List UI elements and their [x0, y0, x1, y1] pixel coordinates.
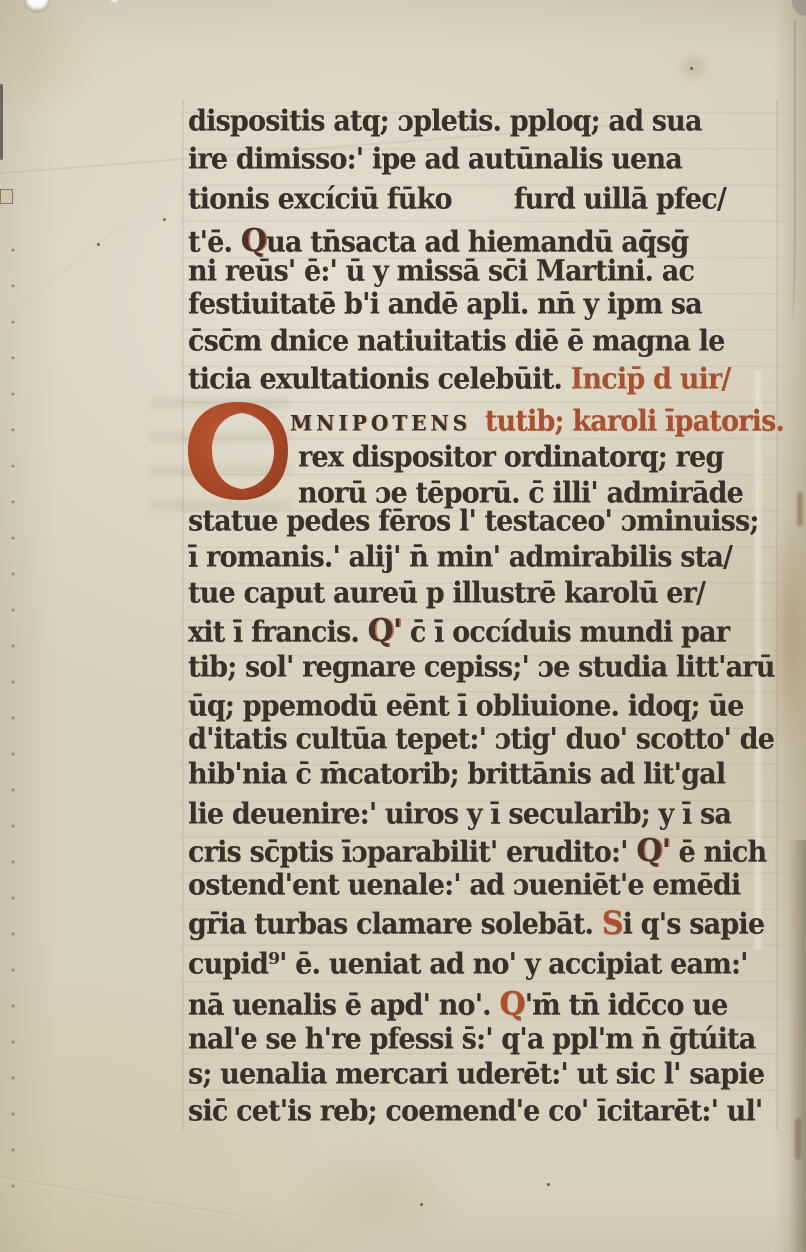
text-segment-ink: ticia exultationis celebūit.: [188, 363, 571, 396]
text-segment-ink: statue pedes fēros l' testaceo' ɔminuiss…: [188, 505, 759, 538]
text-segment-versal-red: Q: [499, 986, 524, 1023]
text-block: dispositis atq; ɔpletis. pploq; ad suair…: [0, 0, 806, 1252]
text-line: ni reūs' ē:' ū y missā sc̄i Martini. ac: [188, 255, 694, 291]
text-segment-ink: furd uillā pfec/: [514, 183, 726, 216]
text-segment-display: mnipotens: [290, 403, 485, 438]
text-segment-ink: i q's sapie: [623, 908, 765, 941]
text-line: nā uenalis ē apd' no'. Q'm̄ tn̄ idc̄co u…: [188, 986, 728, 1022]
text-segment-ink: 'm̄ tn̄ idc̄co ue: [525, 989, 728, 1022]
text-segment-versal: Q': [368, 613, 402, 650]
text-segment-ink: gr̄ia turbas clamare solebāt.: [188, 908, 602, 941]
text-segment-ink: sic̄ cet'is reb; coemend'e co' īcitarēt:…: [188, 1095, 762, 1128]
text-segment-ink: tib; sol' regnare cepiss;' ɔe studia lit…: [188, 651, 775, 684]
text-segment-ink: s; uenalia mercari uderēt:' ut sic l' sa…: [188, 1058, 764, 1091]
text-line: ūq; ppemodū eēnt ī obliuione. idoq; ūe: [188, 690, 744, 726]
text-line: ire dimisso:' ipe ad autūnalis uena: [188, 143, 682, 179]
text-line: ī romanis.' alij' n̄ min' admirabilis st…: [188, 541, 732, 577]
text-segment-versal: Q': [636, 833, 670, 870]
text-line: sic̄ cet'is reb; coemend'e co' īcitarēt:…: [188, 1095, 762, 1131]
text-line: hib'nia c̄ m̄catorib; brittānis ad lit'g…: [188, 758, 725, 794]
text-segment-ink: d'itatis cultūa tepet:' ɔtig' duo' scott…: [188, 723, 774, 756]
text-line: dispositis atq; ɔpletis. pploq; ad sua: [188, 105, 702, 141]
text-segment-versal-red: S: [602, 905, 623, 942]
manuscript-page: dispositis atq; ɔpletis. pploq; ad suair…: [0, 0, 806, 1252]
text-line: t'ē. Qua tn̄sacta ad hiemandū aq̄sḡ: [188, 223, 689, 259]
text-line: lie deuenire:' uiros y ī secularib; y ī …: [188, 798, 731, 834]
text-line: cupid⁹' ē. ueniat ad no' y accipiat eam:…: [188, 948, 748, 984]
text-segment-ink: cris sc̄ptis īɔparabilit' erudito:': [188, 836, 636, 869]
text-line: ostend'ent uenale:' ad ɔueniēt'e emēdi: [188, 869, 740, 905]
text-segment-ink: hib'nia c̄ m̄catorib; brittānis ad lit'g…: [188, 758, 725, 791]
text-segment-ink: tionis excíciū fūko: [188, 183, 452, 216]
text-segment-ink: xit ī francis.: [188, 616, 368, 649]
text-segment-ink: lie deuenire:' uiros y ī secularib; y ī …: [188, 798, 731, 831]
text-segment-ink: dispositis atq; ɔpletis. pploq; ad sua: [188, 105, 702, 138]
text-line: xit ī francis. Q' c̄ ī occíduis mundi pa…: [188, 613, 729, 649]
text-line: ticia exultationis celebūit. Incip̄ d ui…: [188, 363, 730, 399]
illuminated-initial-O: O: [186, 401, 290, 501]
text-segment-ink: cupid⁹' ē. ueniat ad no' y accipiat eam:…: [188, 948, 748, 981]
text-segment-ink: c̄sc̄m dnice natiuitatis diē ē magna le: [188, 325, 724, 358]
text-segment-ink: ni reūs' ē:' ū y missā sc̄i Martini. ac: [188, 255, 694, 288]
text-segment-ink: festiuitatē b'i andē apli. nn̄ y ipm sa: [188, 288, 702, 321]
text-line: c̄sc̄m dnice natiuitatis diē ē magna le: [188, 325, 724, 361]
text-line: rex dispositor ordinatorq; reg: [298, 441, 723, 477]
text-segment-ink: ē nich: [670, 836, 766, 869]
text-line: nal'e se h're pfessi s̄:' q'a ppl'm n̄ ḡ…: [188, 1023, 755, 1059]
text-segment-ink: ostend'ent uenale:' ad ɔueniēt'e emēdi: [188, 869, 740, 902]
text-segment-rubric: Incip̄ d uir/: [571, 363, 731, 396]
text-segment-ink: nal'e se h're pfessi s̄:' q'a ppl'm n̄ ḡ…: [188, 1023, 755, 1056]
text-segment-ink: nā uenalis ē apd' no'.: [188, 989, 499, 1022]
text-segment-ink: ī romanis.' alij' n̄ min' admirabilis st…: [188, 541, 732, 574]
text-line: s; uenalia mercari uderēt:' ut sic l' sa…: [188, 1058, 764, 1094]
text-line: statue pedes fēros l' testaceo' ɔminuiss…: [188, 505, 759, 541]
text-line: d'itatis cultūa tepet:' ɔtig' duo' scott…: [188, 723, 774, 759]
text-line: tue caput aureū p illustrē karolū er/: [188, 577, 705, 613]
text-segment-ink: ūq; ppemodū eēnt ī obliuione. idoq; ūe: [188, 690, 744, 723]
text-line: mnipotens tutib; karoli īpatoris.: [290, 403, 784, 439]
text-line: festiuitatē b'i andē apli. nn̄ y ipm sa: [188, 288, 702, 324]
text-line: gr̄ia turbas clamare solebāt. Si q's sap…: [188, 905, 764, 941]
text-segment-ink: ire dimisso:' ipe ad autūnalis uena: [188, 143, 682, 176]
text-segment-rubric: tutib; karoli īpatoris.: [485, 405, 784, 438]
text-segment-ink: rex dispositor ordinatorq; reg: [298, 441, 723, 474]
text-line: cris sc̄ptis īɔparabilit' erudito:' Q' ē…: [188, 833, 766, 869]
initial-O-shape: [186, 401, 290, 501]
text-line: tib; sol' regnare cepiss;' ɔe studia lit…: [188, 651, 775, 687]
text-line: tionis excíciū fūkofurd uillā pfec/: [188, 183, 726, 219]
text-segment-ink: tue caput aureū p illustrē karolū er/: [188, 577, 705, 610]
text-segment-ink: c̄ ī occíduis mundi par: [401, 616, 729, 649]
